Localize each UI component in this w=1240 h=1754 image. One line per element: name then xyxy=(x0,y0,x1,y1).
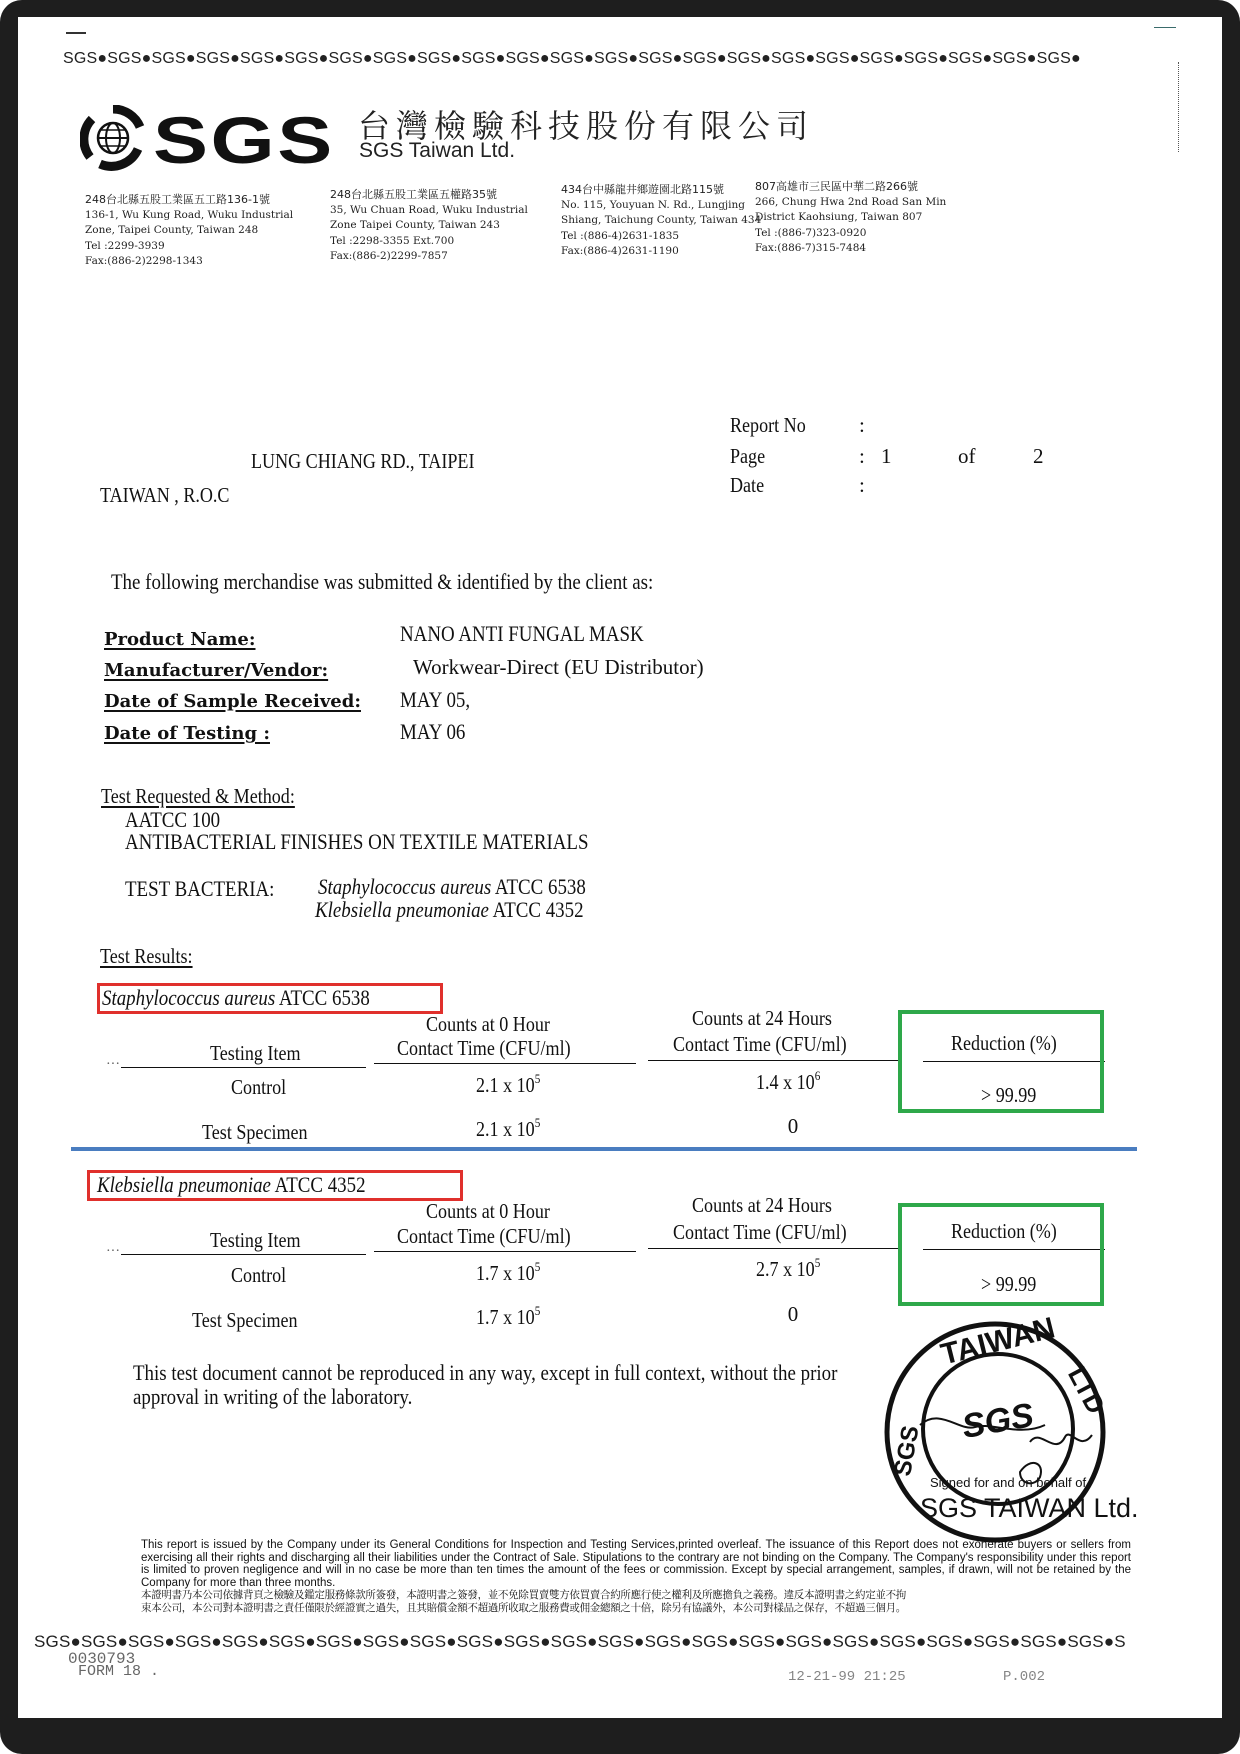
table2-reduction-value: > 99.99 xyxy=(923,1272,1103,1297)
table1-header-count0-line1: Counts at 0 Hour xyxy=(378,1011,618,1037)
address-block-taichung: 434台中縣龍井鄉遊園北路115號 No. 115, Youyuan N. Rd… xyxy=(561,182,761,260)
page-label: Page xyxy=(730,444,765,469)
table2-header-count24-line1: Counts at 24 Hours xyxy=(658,1192,888,1218)
table1-header-count0-line2: Contact Time (CFU/ml) xyxy=(373,1035,623,1061)
table2-header-count24-line2: Contact Time (CFU/ml) xyxy=(654,1219,894,1245)
section-divider xyxy=(71,1147,1137,1151)
table2-header-rule-count0 xyxy=(374,1251,636,1252)
disclaimer-line2: approval in writing of the laboratory. xyxy=(133,1384,458,1410)
test-description: ANTIBACTERIAL FINISHES ON TEXTILE MATERI… xyxy=(125,829,589,855)
general-conditions-text: This report is issued by the Company und… xyxy=(141,1539,1131,1614)
table1-row2-count24: 0 xyxy=(698,1114,888,1139)
table1-header-count24-line2: Contact Time (CFU/ml) xyxy=(654,1031,894,1057)
table2-row2-count24: 0 xyxy=(698,1302,888,1327)
test-bacteria-2: Klebsiella pneumoniae ATCC 4352 xyxy=(315,897,627,923)
table1-reduction-value: > 99.99 xyxy=(923,1083,1103,1108)
report-page: SGS●SGS●SGS●SGS●SGS●SGS●SGS●SGS●SGS●SGS●… xyxy=(18,17,1222,1718)
table1-row1-item: Control xyxy=(178,1075,348,1100)
table1-header-count24-line1: Counts at 24 Hours xyxy=(658,1005,888,1031)
table2-row1-item: Control xyxy=(178,1263,348,1288)
intro-text: The following merchandise was submitted … xyxy=(111,569,653,595)
sgs-security-band-bottom: SGS●SGS●SGS●SGS●SGS●SGS●SGS●SGS●SGS●SGS●… xyxy=(34,1632,1164,1652)
sgs-security-band-top: SGS●SGS●SGS●SGS●SGS●SGS●SGS●SGS●SGS●SGS●… xyxy=(63,50,1143,68)
page-colon: : xyxy=(859,444,865,469)
table2-species-title: Klebsiella pneumoniae ATCC 4352 xyxy=(97,1172,409,1198)
test-bacteria-label: TEST BACTERIA: xyxy=(125,876,274,902)
company-seal-stamp: TAIWAN LTD SGS SGS Signed for and on beh… xyxy=(880,1317,1120,1547)
table2-header-rule-count24 xyxy=(648,1248,898,1249)
product-name-label: Product Name: xyxy=(104,629,256,650)
scan-mark xyxy=(66,32,86,34)
company-name-english: SGS Taiwan Ltd. xyxy=(359,139,515,163)
table1-header-rule-count24 xyxy=(648,1060,898,1061)
sample-received-label: Date of Sample Received: xyxy=(104,691,361,712)
date-label: Date xyxy=(730,473,764,498)
fax-timestamp: 12-21-99 21:25 xyxy=(788,1669,906,1685)
stamp-signed-for: Signed for and on behalf of xyxy=(930,1475,1086,1490)
sgs-globe-icon xyxy=(80,105,146,171)
table2-header-count0-line2: Contact Time (CFU/ml) xyxy=(373,1223,623,1249)
testing-date-label: Date of Testing : xyxy=(104,723,270,744)
table1-row1-count24: 1.4 x 106 xyxy=(698,1070,888,1095)
table1-species-title: Staphylococcus aureus ATCC 6538 xyxy=(102,985,413,1011)
fax-page: P.002 xyxy=(1003,1669,1045,1685)
disclaimer-line1: This test document cannot be reproduced … xyxy=(133,1360,952,1386)
table1-header-testing-item: Testing Item xyxy=(178,1040,348,1066)
testing-date-value: MAY 06 xyxy=(400,719,465,745)
table1-header-rule-item xyxy=(121,1067,366,1068)
table2-row1-count0: 1.7 x 105 xyxy=(418,1261,608,1286)
address-block-kaohsiung: 807高雄市三民區中華二路266號 266, Chung Hwa 2nd Roa… xyxy=(755,179,946,257)
table2-header-count0-line1: Counts at 0 Hour xyxy=(378,1198,618,1224)
table2-row2-item: Test Specimen xyxy=(153,1308,353,1333)
date-colon: : xyxy=(859,473,865,498)
table1-header-rule-count0 xyxy=(374,1063,636,1064)
scan-dots: ··· xyxy=(106,1057,120,1073)
test-method-heading: Test Requested & Method: xyxy=(101,784,295,809)
scan-edge-artifact xyxy=(1154,27,1176,28)
table1-row2-count0: 2.1 x 105 xyxy=(418,1117,608,1142)
manufacturer-value: Workwear-Direct (EU Distributor) xyxy=(413,655,704,680)
page-of: of xyxy=(958,444,976,469)
product-name-value: NANO ANTI FUNGAL MASK xyxy=(400,621,644,647)
client-address-line1: LUNG CHIANG RD., TAIPEI xyxy=(251,449,474,474)
test-results-heading: Test Results: xyxy=(100,944,193,969)
client-address-line2: TAIWAN , R.O.C xyxy=(100,483,229,508)
table2-header-testing-item: Testing Item xyxy=(178,1227,348,1253)
report-no-colon: : xyxy=(859,413,865,438)
scan-dots: ··· xyxy=(106,1244,120,1260)
scan-edge-artifact xyxy=(1178,62,1179,152)
table2-row2-count0: 1.7 x 105 xyxy=(418,1305,608,1330)
table2-header-rule-item xyxy=(121,1254,366,1255)
table2-row1-count24: 2.7 x 105 xyxy=(698,1257,888,1282)
table1-row1-count0: 2.1 x 105 xyxy=(418,1073,608,1098)
address-block-wuku-2: 248台北縣五股工業區五權路35號 35, Wu Chuan Road, Wuk… xyxy=(330,187,528,265)
sample-received-value: MAY 05, xyxy=(400,687,470,713)
page-total: 2 xyxy=(1033,444,1044,469)
table1-row2-item: Test Specimen xyxy=(163,1120,363,1145)
stamp-company-name: SGS TAIWAN Ltd. xyxy=(920,1493,1139,1524)
page-current: 1 xyxy=(881,444,892,469)
report-no-label: Report No xyxy=(730,413,806,438)
form-number: FORM 18 . xyxy=(78,1663,159,1680)
manufacturer-label: Manufacturer/Vendor: xyxy=(104,660,328,681)
sgs-logo-wordmark: SGS xyxy=(153,107,335,173)
address-block-wuku-1: 248台北縣五股工業區五工路136-1號 136-1, Wu Kung Road… xyxy=(85,192,293,270)
